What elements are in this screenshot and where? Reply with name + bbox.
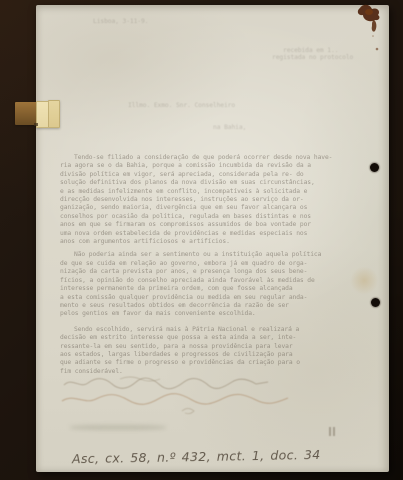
- body-text: Tendo-se filiado a consideração de que p…: [60, 154, 357, 376]
- registry-note-line: registada no protocolo: [272, 54, 353, 62]
- archival-annotation: Asc, cx. 58, n.º 432, mct. 1, doc. 34: [72, 447, 332, 467]
- typewritten-line: e as medidas infelizmente em conflito, i…: [60, 188, 357, 196]
- typewritten-line: conselhos por ocasião da política, regul…: [60, 213, 357, 221]
- dateline: Lisboa, 3-11-9.: [93, 18, 148, 26]
- typewritten-line: Tendo-se filiado a consideração de que p…: [60, 154, 357, 162]
- typewritten-line: de que se cuida em relação ao governo, e…: [60, 260, 357, 268]
- typewritten-line: nização da carta prevista por anos, e pr…: [60, 268, 357, 276]
- typewritten-line: fícios, a opinião do conselho apreciada …: [60, 277, 357, 285]
- addressee-line: Illmo. Exmo. Snr. Conselheiro: [128, 102, 235, 110]
- typewritten-line: pelos gentios em favor da mais convenien…: [60, 310, 357, 318]
- typewritten-line: uma nova ordem estabelecida de providênc…: [60, 230, 357, 238]
- paragraph: Sendo escolhido, servirá mais à Pátria N…: [60, 326, 357, 376]
- punch-hole: [371, 298, 380, 307]
- tape-strip: [48, 100, 60, 128]
- typewritten-line: ria agora se o da Bahia, porque a comiss…: [60, 162, 357, 170]
- typewritten-line: ressante-la em seu sentido, para a nossa…: [60, 343, 357, 351]
- tape-notch: [34, 123, 38, 126]
- typewritten-line: direcção desenvolvida nos interesses, in…: [60, 196, 357, 204]
- typewritten-line: interesse permanente da primeira ordem, …: [60, 285, 357, 293]
- typewritten-line: decisão em estrito interesse que possa a…: [60, 334, 357, 342]
- typewritten-line: anos em que se firmaram os compromissos …: [60, 221, 357, 229]
- typewritten-line: anos com argumentos artificiosos e artif…: [60, 238, 357, 246]
- typewritten-line: a esta comissão qualquer providência ou …: [60, 294, 357, 302]
- typewritten-line: mento e seus resultados obtidos em decor…: [60, 302, 357, 310]
- typewritten-line: ganização, sendo maioria, divergência qu…: [60, 204, 357, 212]
- paragraph: Não poderia ainda ser a sentimento ou a …: [60, 251, 357, 318]
- typewritten-line: solução definitiva dos planos da nova di…: [60, 179, 357, 187]
- signature-scribble: [58, 373, 318, 417]
- punch-hole: [370, 163, 379, 172]
- typewritten-line: aos estados, largas liberdades e progres…: [60, 351, 357, 359]
- addressee-place-line: na Bahia,: [213, 124, 246, 132]
- typewritten-line: Não poderia ainda ser a sentimento ou a …: [60, 251, 357, 259]
- faint-smudge: [70, 425, 166, 430]
- adhesive-tape: [15, 100, 58, 127]
- faint-double-mark: [328, 427, 335, 436]
- typewritten-line: que adiante se firme o progresso e provi…: [60, 359, 357, 367]
- tape-over-background: [15, 102, 38, 125]
- scanned-document: Lisboa, 3-11-9. recebida em 1.. registad…: [0, 0, 403, 480]
- paragraph: Tendo-se filiado a consideração de que p…: [60, 154, 357, 246]
- typewritten-line: Sendo escolhido, servirá mais à Pátria N…: [60, 326, 357, 334]
- typewritten-line: divisão política em vigor, será apreciad…: [60, 171, 357, 179]
- paper-sheet: Lisboa, 3-11-9. recebida em 1.. registad…: [36, 5, 389, 472]
- rust-stain: [350, 2, 390, 62]
